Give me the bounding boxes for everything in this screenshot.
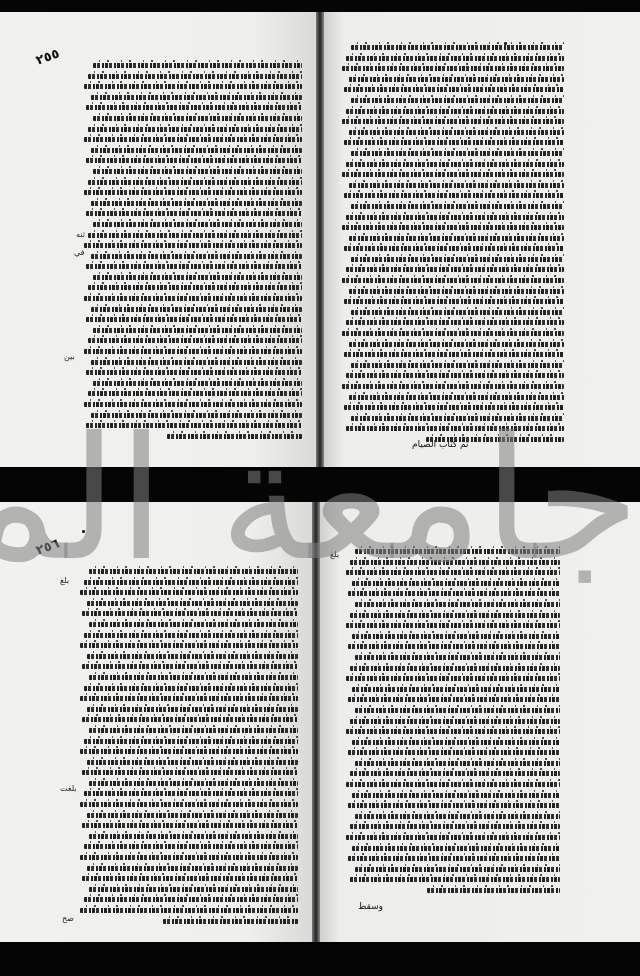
manuscript-line bbox=[84, 293, 302, 304]
manuscript-line bbox=[84, 325, 302, 336]
manuscript-line bbox=[80, 820, 298, 831]
manuscript-line bbox=[346, 843, 560, 854]
manuscript-line bbox=[84, 357, 302, 368]
manuscript-line bbox=[84, 145, 302, 156]
manuscript-line bbox=[80, 608, 298, 619]
manuscript-line bbox=[84, 177, 302, 188]
manuscript-line bbox=[342, 106, 564, 117]
manuscript-line bbox=[84, 240, 302, 251]
margin-note: في bbox=[74, 248, 85, 257]
manuscript-line bbox=[84, 282, 302, 293]
manuscript-line bbox=[342, 339, 564, 350]
manuscript-line bbox=[80, 566, 298, 577]
manuscript-line bbox=[346, 737, 560, 748]
manuscript-line bbox=[342, 137, 564, 148]
manuscript-line bbox=[346, 874, 560, 885]
manuscript-line bbox=[84, 92, 302, 103]
manuscript-line bbox=[342, 349, 564, 360]
manuscript-line bbox=[342, 222, 564, 233]
manuscript-line bbox=[342, 413, 564, 424]
manuscript-line bbox=[346, 811, 560, 822]
manuscript-line bbox=[342, 360, 564, 371]
manuscript-line bbox=[342, 402, 564, 413]
manuscript-line bbox=[342, 116, 564, 127]
manuscript-line bbox=[346, 821, 560, 832]
margin-note: بين bbox=[64, 352, 75, 361]
manuscript-line bbox=[84, 388, 302, 399]
manuscript-line bbox=[342, 233, 564, 244]
manuscript-line bbox=[80, 672, 298, 683]
manuscript-line bbox=[342, 370, 564, 381]
manuscript-line bbox=[80, 661, 298, 672]
margin-note: صح bbox=[62, 914, 74, 923]
manuscript-line bbox=[80, 788, 298, 799]
manuscript-line bbox=[80, 598, 298, 609]
page-255: ٢٥٥ ثنه في بين bbox=[0, 12, 316, 467]
manuscript-line bbox=[346, 705, 560, 716]
manuscript-line bbox=[84, 378, 302, 389]
margin-note: بلغ bbox=[330, 550, 339, 559]
manuscript-line bbox=[342, 243, 564, 254]
manuscript-line bbox=[342, 190, 564, 201]
manuscript-line bbox=[346, 832, 560, 843]
text-block bbox=[346, 546, 560, 896]
film-edge-bottom bbox=[0, 942, 640, 976]
manuscript-line bbox=[346, 599, 560, 610]
manuscript-line bbox=[346, 885, 560, 896]
manuscript-line bbox=[84, 272, 302, 283]
manuscript-line bbox=[342, 53, 564, 64]
manuscript-line bbox=[342, 392, 564, 403]
manuscript-line bbox=[346, 758, 560, 769]
manuscript-line bbox=[84, 230, 302, 241]
manuscript-line bbox=[346, 779, 560, 790]
manuscript-line bbox=[84, 335, 302, 346]
manuscript-line bbox=[84, 187, 302, 198]
manuscript-line bbox=[346, 716, 560, 727]
manuscript-line bbox=[84, 410, 302, 421]
manuscript-line bbox=[84, 219, 302, 230]
manuscript-line bbox=[84, 314, 302, 325]
manuscript-line bbox=[346, 747, 560, 758]
manuscript-line bbox=[80, 799, 298, 810]
manuscript-line bbox=[346, 684, 560, 695]
manuscript-line bbox=[84, 346, 302, 357]
binding-gutter bbox=[316, 12, 324, 467]
text-block bbox=[80, 566, 298, 926]
manuscript-line bbox=[84, 134, 302, 145]
manuscript-line bbox=[80, 693, 298, 704]
manuscript-line bbox=[346, 652, 560, 663]
bottom-spread: ٢٥٦ بلغ بلغت صح بلغ وسقط bbox=[0, 502, 640, 942]
manuscript-line bbox=[346, 588, 560, 599]
manuscript-line bbox=[80, 767, 298, 778]
catchword: وسقط bbox=[358, 902, 383, 912]
manuscript-line bbox=[346, 800, 560, 811]
manuscript-line bbox=[80, 587, 298, 598]
manuscript-line bbox=[346, 610, 560, 621]
manuscript-line bbox=[84, 251, 302, 262]
manuscript-line bbox=[342, 264, 564, 275]
manuscript-line bbox=[346, 853, 560, 864]
manuscript-line bbox=[80, 873, 298, 884]
folio-number: ٢٥٦ bbox=[34, 536, 62, 558]
manuscript-line bbox=[346, 790, 560, 801]
manuscript-line bbox=[342, 317, 564, 328]
manuscript-line bbox=[84, 261, 302, 272]
manuscript-line bbox=[84, 124, 302, 135]
film-edge-top bbox=[0, 0, 640, 12]
page-256: ٢٥٦ بلغ بلغت صح bbox=[0, 502, 312, 942]
manuscript-line bbox=[84, 155, 302, 166]
manuscript-line bbox=[84, 113, 302, 124]
manuscript-line bbox=[346, 864, 560, 875]
manuscript-line bbox=[346, 673, 560, 684]
manuscript-line bbox=[80, 714, 298, 725]
manuscript-line bbox=[80, 863, 298, 874]
manuscript-line bbox=[84, 304, 302, 315]
manuscript-line bbox=[342, 286, 564, 297]
manuscript-line bbox=[346, 726, 560, 737]
manuscript-line bbox=[342, 212, 564, 223]
manuscript-line bbox=[342, 127, 564, 138]
top-spread: ٢٥٥ ثنه في بين تم كتاب الصيام bbox=[0, 12, 640, 467]
manuscript-line bbox=[342, 296, 564, 307]
manuscript-line bbox=[342, 148, 564, 159]
manuscript-line bbox=[342, 42, 564, 53]
manuscript-line bbox=[84, 431, 302, 442]
manuscript-line bbox=[80, 916, 298, 927]
manuscript-line bbox=[346, 578, 560, 589]
manuscript-line bbox=[346, 546, 560, 557]
manuscript-line bbox=[342, 180, 564, 191]
manuscript-line bbox=[80, 704, 298, 715]
margin-note: بلغت bbox=[60, 784, 77, 793]
manuscript-line bbox=[80, 736, 298, 747]
manuscript-line bbox=[84, 81, 302, 92]
manuscript-line bbox=[80, 640, 298, 651]
manuscript-line bbox=[346, 663, 560, 674]
manuscript-line bbox=[80, 831, 298, 842]
manuscript-line bbox=[80, 577, 298, 588]
manuscript-line bbox=[346, 567, 560, 578]
manuscript-line bbox=[80, 630, 298, 641]
manuscript-line bbox=[80, 725, 298, 736]
manuscript-line bbox=[80, 841, 298, 852]
manuscript-line bbox=[84, 367, 302, 378]
manuscript-line bbox=[342, 307, 564, 318]
manuscript-line bbox=[80, 905, 298, 916]
manuscript-line bbox=[80, 884, 298, 895]
manuscript-line bbox=[80, 651, 298, 662]
manuscript-line bbox=[342, 63, 564, 74]
manuscript-line bbox=[84, 71, 302, 82]
manuscript-line bbox=[80, 757, 298, 768]
manuscript-line bbox=[342, 328, 564, 339]
manuscript-line bbox=[342, 159, 564, 170]
manuscript-line bbox=[80, 746, 298, 757]
manuscript-line bbox=[342, 169, 564, 180]
manuscript-line bbox=[80, 810, 298, 821]
manuscript-line bbox=[342, 95, 564, 106]
manuscript-line bbox=[342, 423, 564, 434]
page-right-bottom: بلغ وسقط bbox=[320, 502, 640, 942]
end-note: تم كتاب الصيام bbox=[412, 440, 469, 450]
manuscript-line bbox=[84, 198, 302, 209]
manuscript-line bbox=[342, 275, 564, 286]
manuscript-line bbox=[346, 631, 560, 642]
binding-gutter bbox=[312, 502, 320, 942]
manuscript-line bbox=[84, 208, 302, 219]
manuscript-line bbox=[342, 201, 564, 212]
manuscript-line bbox=[80, 683, 298, 694]
text-block bbox=[342, 42, 564, 445]
page-right-top: تم كتاب الصيام bbox=[324, 12, 640, 467]
manuscript-line bbox=[84, 166, 302, 177]
manuscript-line bbox=[84, 399, 302, 410]
manuscript-line bbox=[346, 557, 560, 568]
folio-number: ٢٥٥ bbox=[34, 46, 62, 68]
manuscript-line bbox=[80, 778, 298, 789]
film-edge-middle bbox=[0, 470, 640, 502]
manuscript-line bbox=[342, 84, 564, 95]
manuscript-line bbox=[342, 254, 564, 265]
manuscript-line bbox=[342, 74, 564, 85]
margin-note: بلغ bbox=[60, 576, 69, 585]
manuscript-line bbox=[80, 894, 298, 905]
text-block bbox=[84, 60, 302, 441]
manuscript-line bbox=[346, 620, 560, 631]
manuscript-line bbox=[84, 60, 302, 71]
speck bbox=[82, 530, 85, 533]
manuscript-line bbox=[346, 641, 560, 652]
manuscript-line bbox=[342, 381, 564, 392]
manuscript-line bbox=[80, 619, 298, 630]
manuscript-line bbox=[346, 768, 560, 779]
speck bbox=[504, 42, 507, 45]
manuscript-line bbox=[346, 694, 560, 705]
manuscript-line bbox=[84, 420, 302, 431]
manuscript-line bbox=[84, 102, 302, 113]
manuscript-line bbox=[80, 852, 298, 863]
